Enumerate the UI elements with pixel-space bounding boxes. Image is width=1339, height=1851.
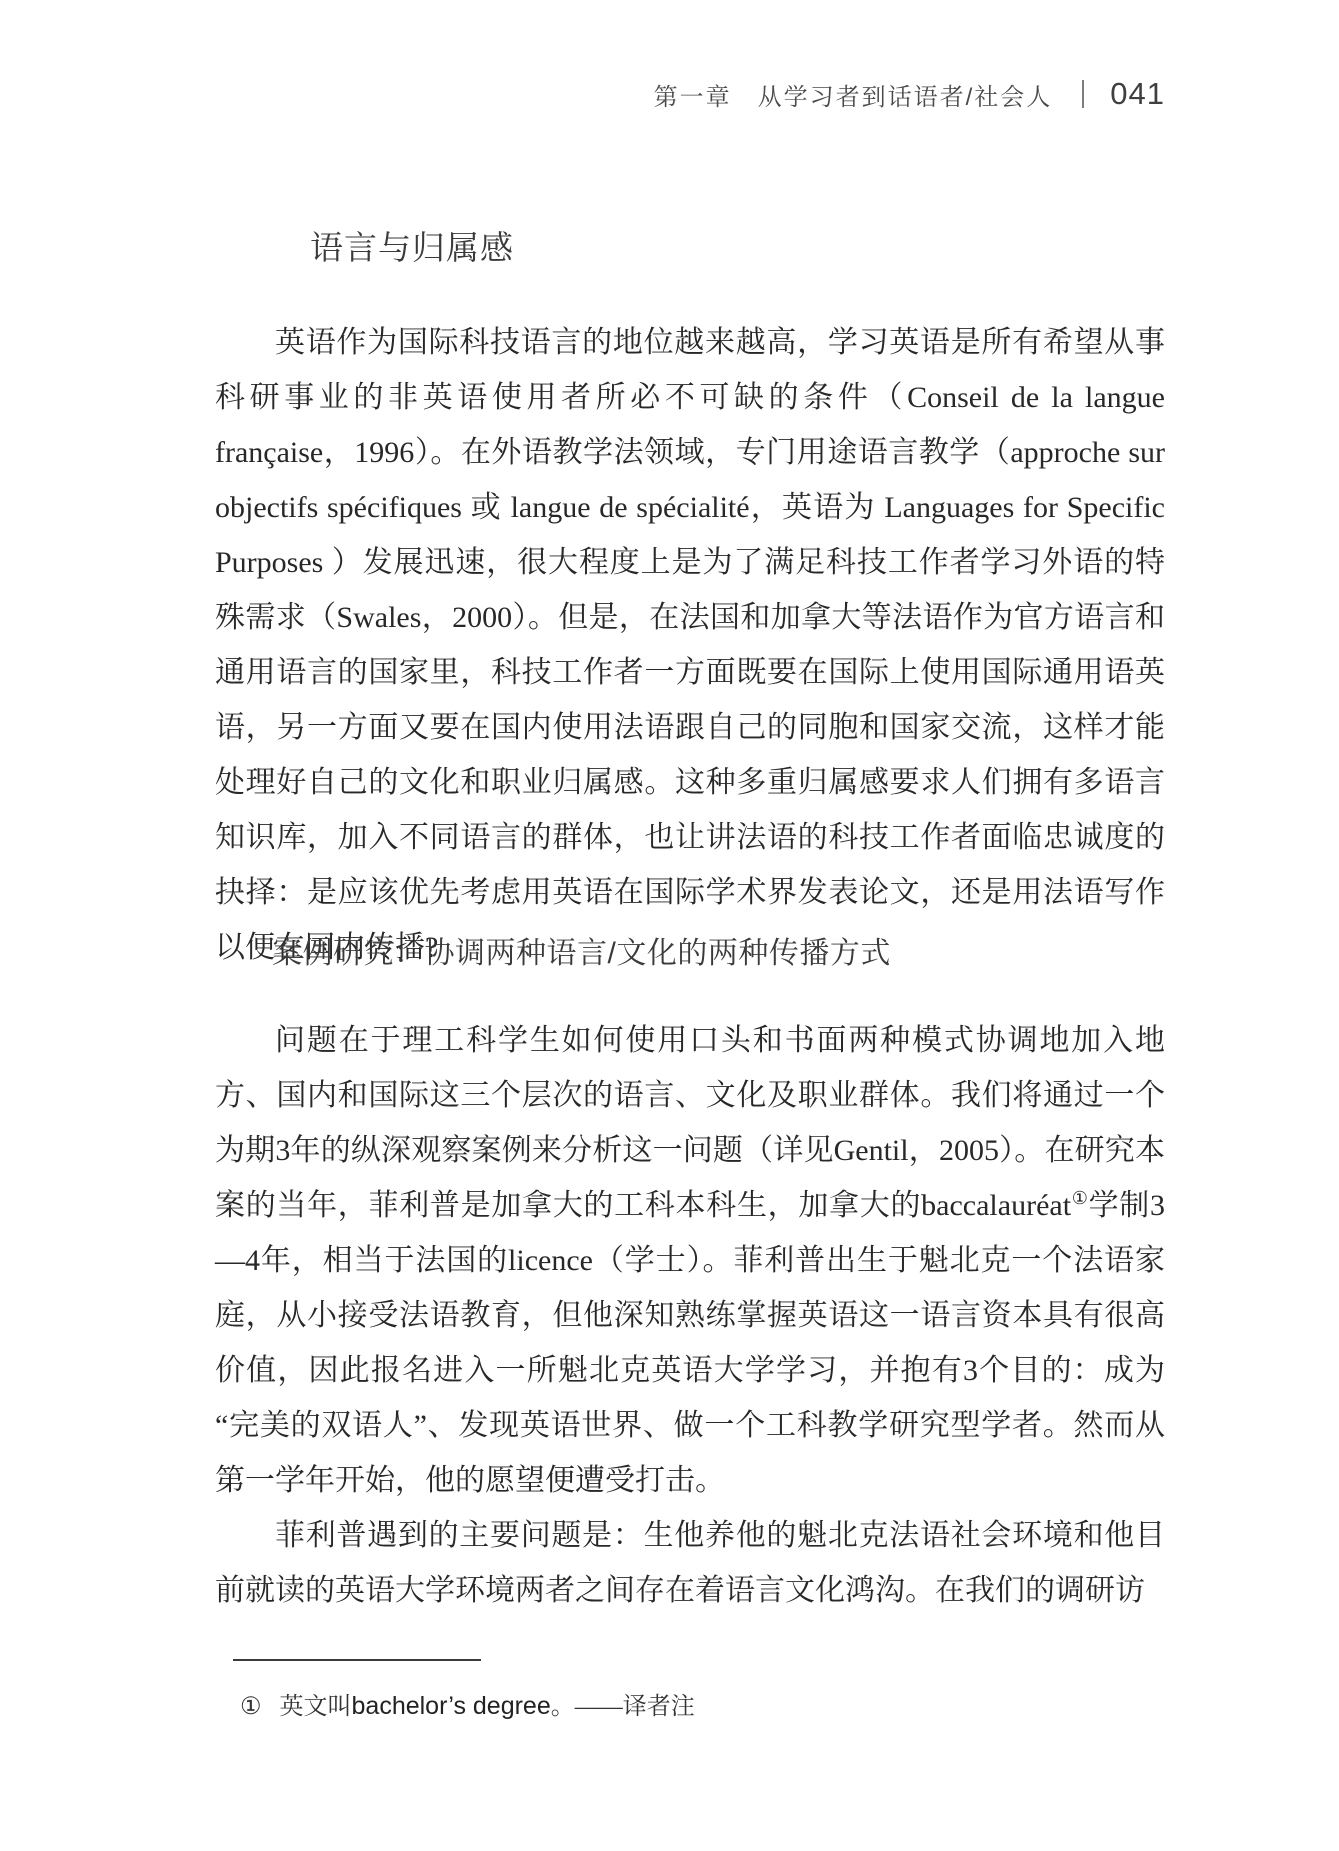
paragraph-text-before-note: 问题在于理工科学生如何使用口头和书面两种模式协调地加入地方、国内和国际这三个层次…	[215, 1024, 1165, 1222]
footnote-tail: 。——译者注	[551, 1694, 695, 1720]
section-title-case-study: 案例研究：协调两种语言/文化的两种传播方式	[272, 928, 891, 972]
paragraph-text-after-note: 学制3—4年，相当于法国的licence（学士）。菲利普出生于魁北克一个法语家庭…	[215, 1189, 1165, 1497]
book-page: 第一章 从学习者到话语者/社会人 041 语言与归属感 英语作为国际科技语言的地…	[0, 0, 1339, 1851]
footnote: ①英文叫bachelor’s degree。——译者注	[240, 1686, 1140, 1727]
text-column-1: 英语作为国际科技语言的地位越来越高，学习英语是所有希望从事科研事业的非英语使用者…	[215, 315, 1165, 975]
section-title-language-belonging: 语言与归属感	[310, 222, 514, 269]
footnote-lead: 英文叫	[280, 1694, 352, 1720]
page-number: 041	[1110, 76, 1165, 112]
footnote-marker: ①	[240, 1694, 262, 1720]
paragraph-case-study-2: 菲利普遇到的主要问题是：生他养他的魁北克法语社会环境和他目前就读的英语大学环境两…	[215, 1508, 1165, 1618]
footnote-term: bachelor’s degree	[352, 1692, 551, 1720]
text-column-2: 问题在于理工科学生如何使用口头和书面两种模式协调地加入地方、国内和国际这三个层次…	[215, 1013, 1165, 1618]
footnote-ref: ①	[1071, 1188, 1089, 1208]
footnote-divider	[233, 1659, 481, 1661]
paragraph-case-study-1: 问题在于理工科学生如何使用口头和书面两种模式协调地加入地方、国内和国际这三个层次…	[215, 1013, 1165, 1508]
header-divider	[1082, 80, 1084, 108]
footnote-text: 英文叫bachelor’s degree。——译者注	[280, 1694, 695, 1720]
chapter-title: 第一章 从学习者到话语者/社会人	[654, 77, 1053, 112]
paragraph-language-belonging: 英语作为国际科技语言的地位越来越高，学习英语是所有希望从事科研事业的非英语使用者…	[215, 315, 1165, 975]
page-header: 第一章 从学习者到话语者/社会人 041	[654, 76, 1165, 112]
